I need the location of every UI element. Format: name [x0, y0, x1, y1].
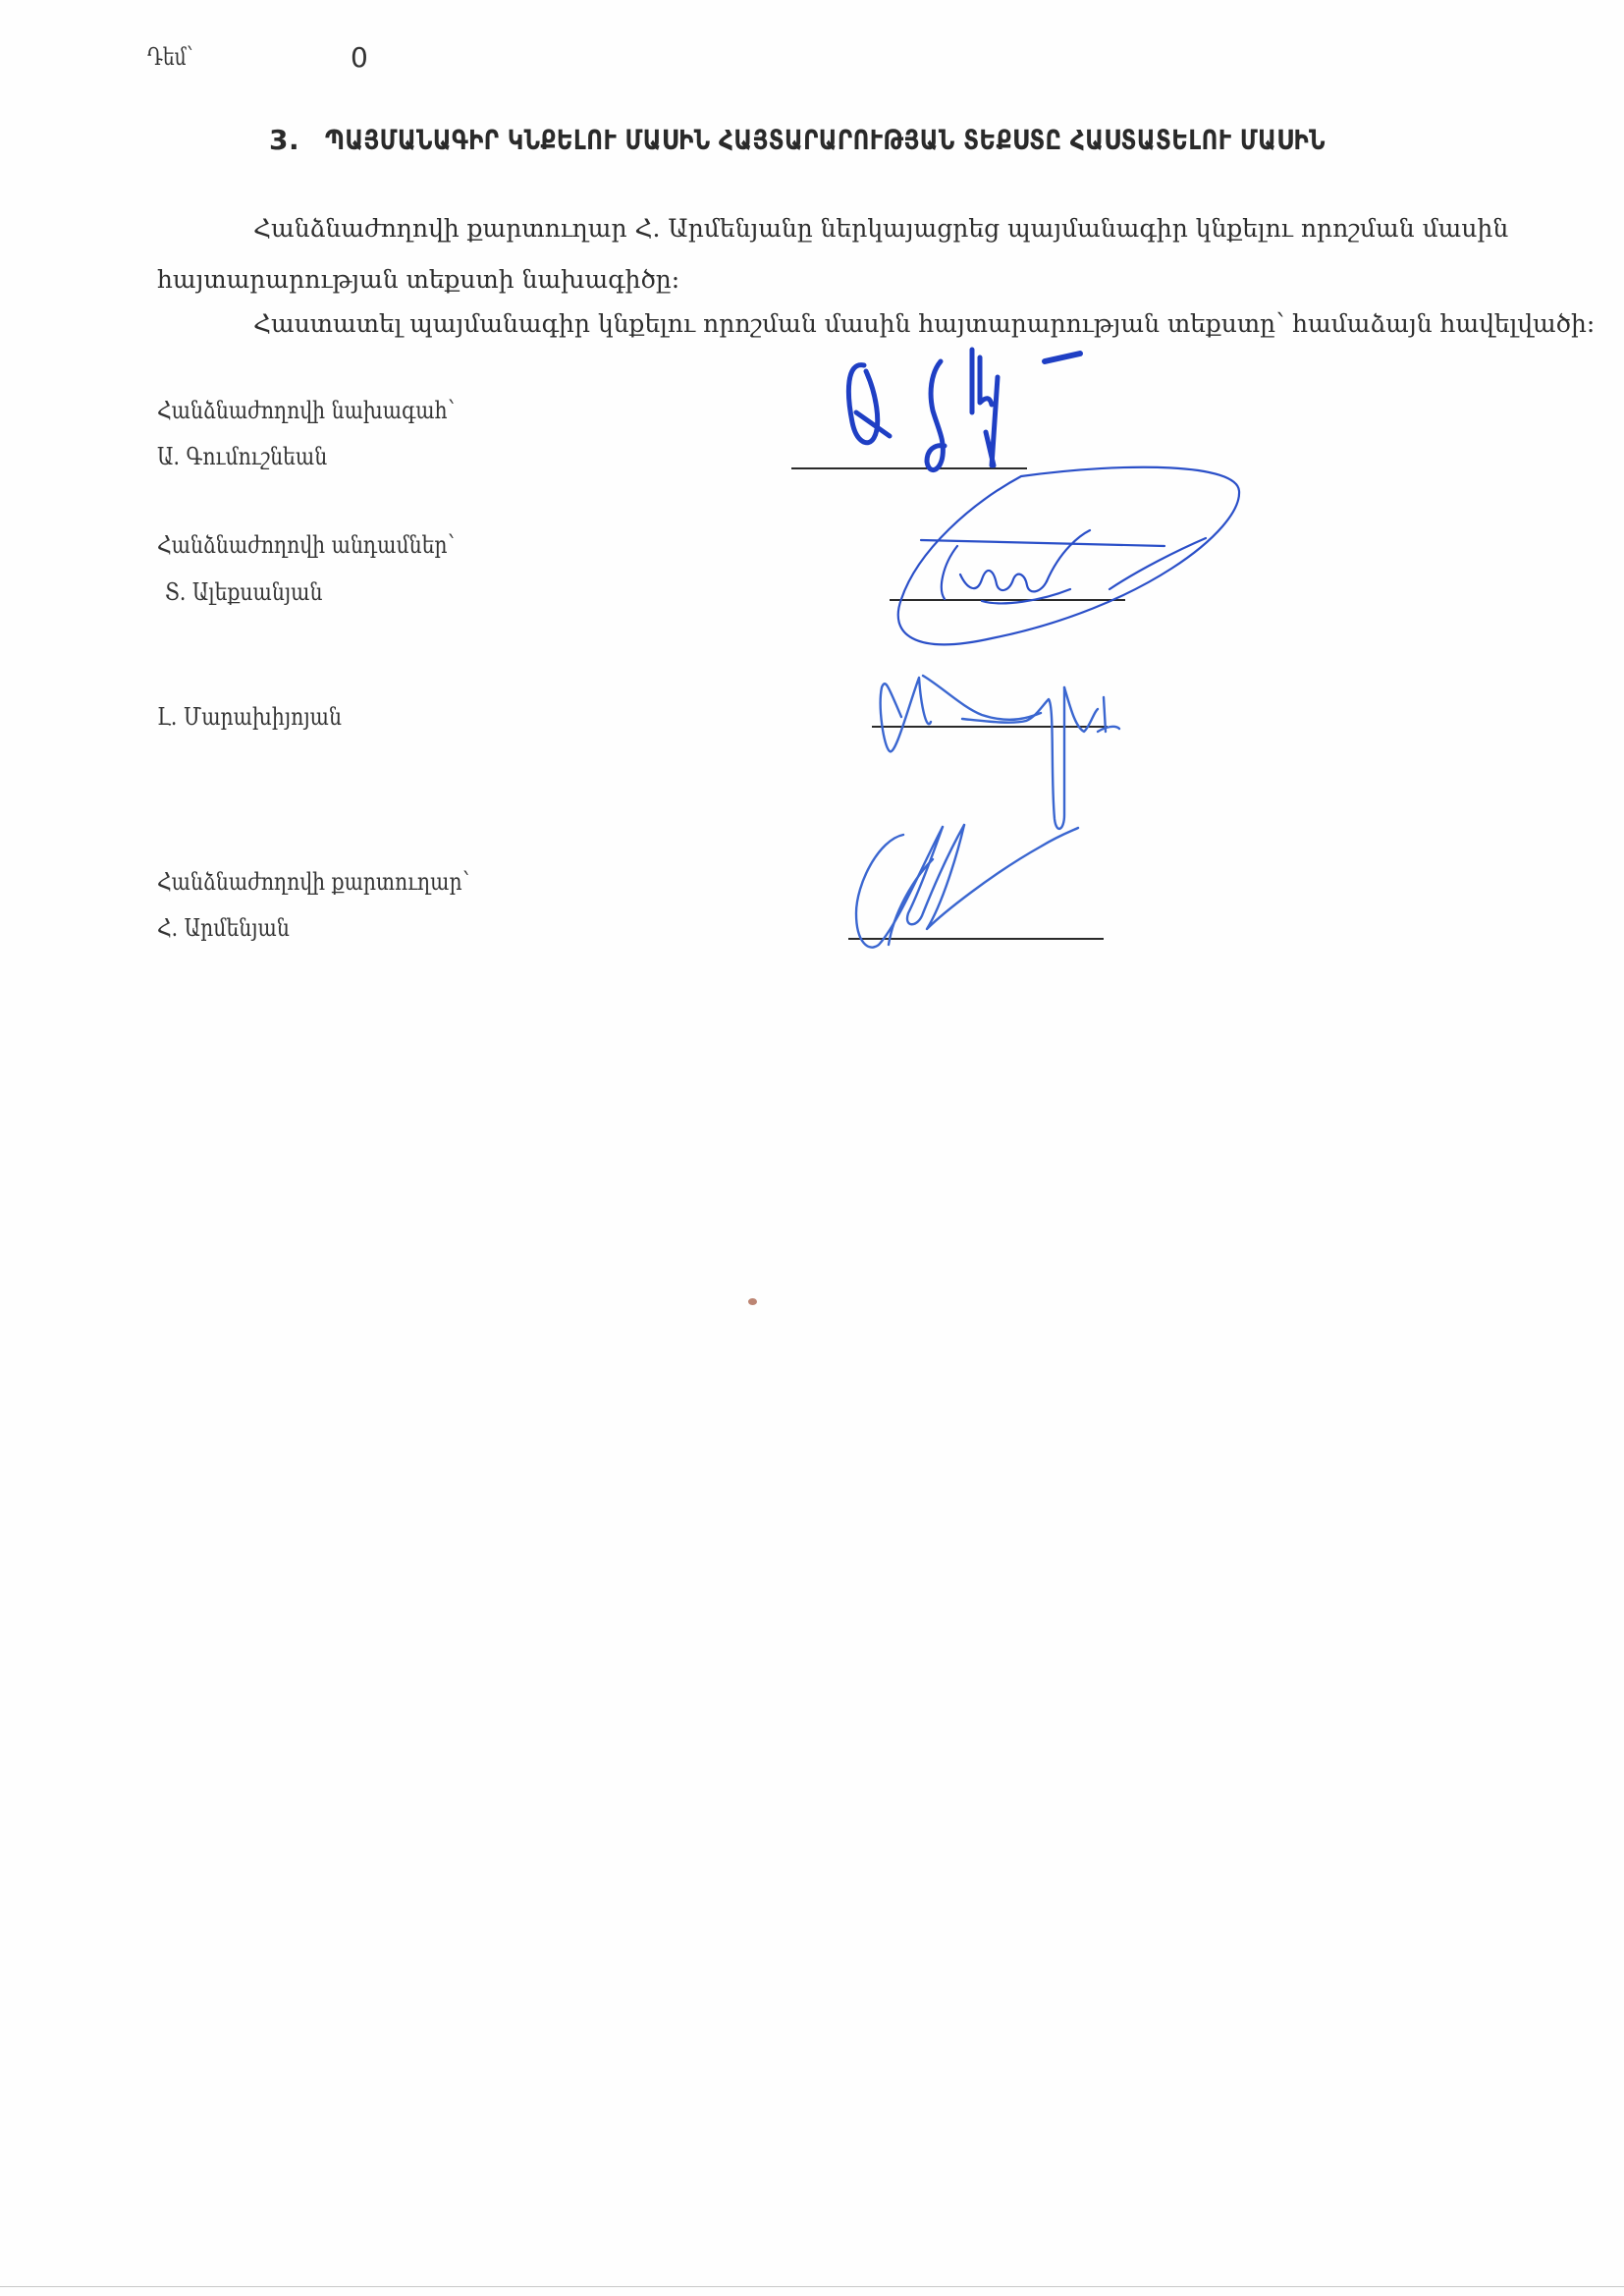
chair-name: Ա. Գումուշնեան — [157, 443, 327, 470]
section-number: 3. — [269, 124, 299, 156]
handwritten-signatures — [0, 0, 1624, 2296]
secretary-signature — [856, 825, 1078, 948]
members-role: Հանձնաժողովի անդամներ՝ — [157, 531, 455, 559]
paragraph-decision: Հաստատել պայմանագիր կնքելու որոշման մասի… — [253, 309, 1595, 338]
section-title: ՊԱՅՄԱՆԱԳԻՐ ԿՆՔԵԼՈՒ ՄԱՍԻՆ ՀԱՅՏԱՐԱՐՈՒԹՅԱՆ … — [325, 124, 1326, 156]
member-2-signature-line — [872, 726, 1108, 728]
section-heading: 3.ՊԱՅՄԱՆԱԳԻՐ ԿՆՔԵԼՈՒ ՄԱՍԻՆ ՀԱՅՏԱՐԱՐՈՒԹՅԱ… — [269, 124, 1545, 156]
member-1-signature-line — [890, 599, 1125, 601]
document-page: Դեմ՝ 0 3.ՊԱՅՄԱՆԱԳԻՐ ԿՆՔԵԼՈՒ ՄԱՍԻՆ ՀԱՅՏԱՐ… — [0, 0, 1624, 2296]
chair-signature — [848, 350, 1080, 470]
member-2-signature — [881, 676, 1119, 829]
paragraph-report-line2: հայտարարության տեքստի նախագիծը: — [157, 265, 679, 294]
chair-signature-line — [791, 467, 1027, 469]
chair-role: Հանձնաժողովի նախագահ՝ — [157, 397, 455, 424]
vote-against-label: Դեմ՝ — [147, 43, 192, 71]
vote-against-count: 0 — [351, 41, 368, 74]
secretary-name: Հ. Արմենյան — [157, 914, 290, 942]
member-1-signature — [898, 467, 1239, 645]
scan-artifact-speck — [748, 1298, 757, 1305]
secretary-signature-line — [848, 938, 1104, 940]
member-2-name: Լ. Մարախիյոյան — [157, 703, 342, 731]
secretary-role: Հանձնաժողովի քարտուղար՝ — [157, 868, 469, 896]
paragraph-report-line1: Հանձնաժողովի քարտուղար Հ. Արմենյանը ներկ… — [253, 214, 1481, 243]
page-bottom-edge — [0, 2286, 1624, 2287]
member-1-name: Տ. Ալեքսանյան — [165, 578, 323, 606]
